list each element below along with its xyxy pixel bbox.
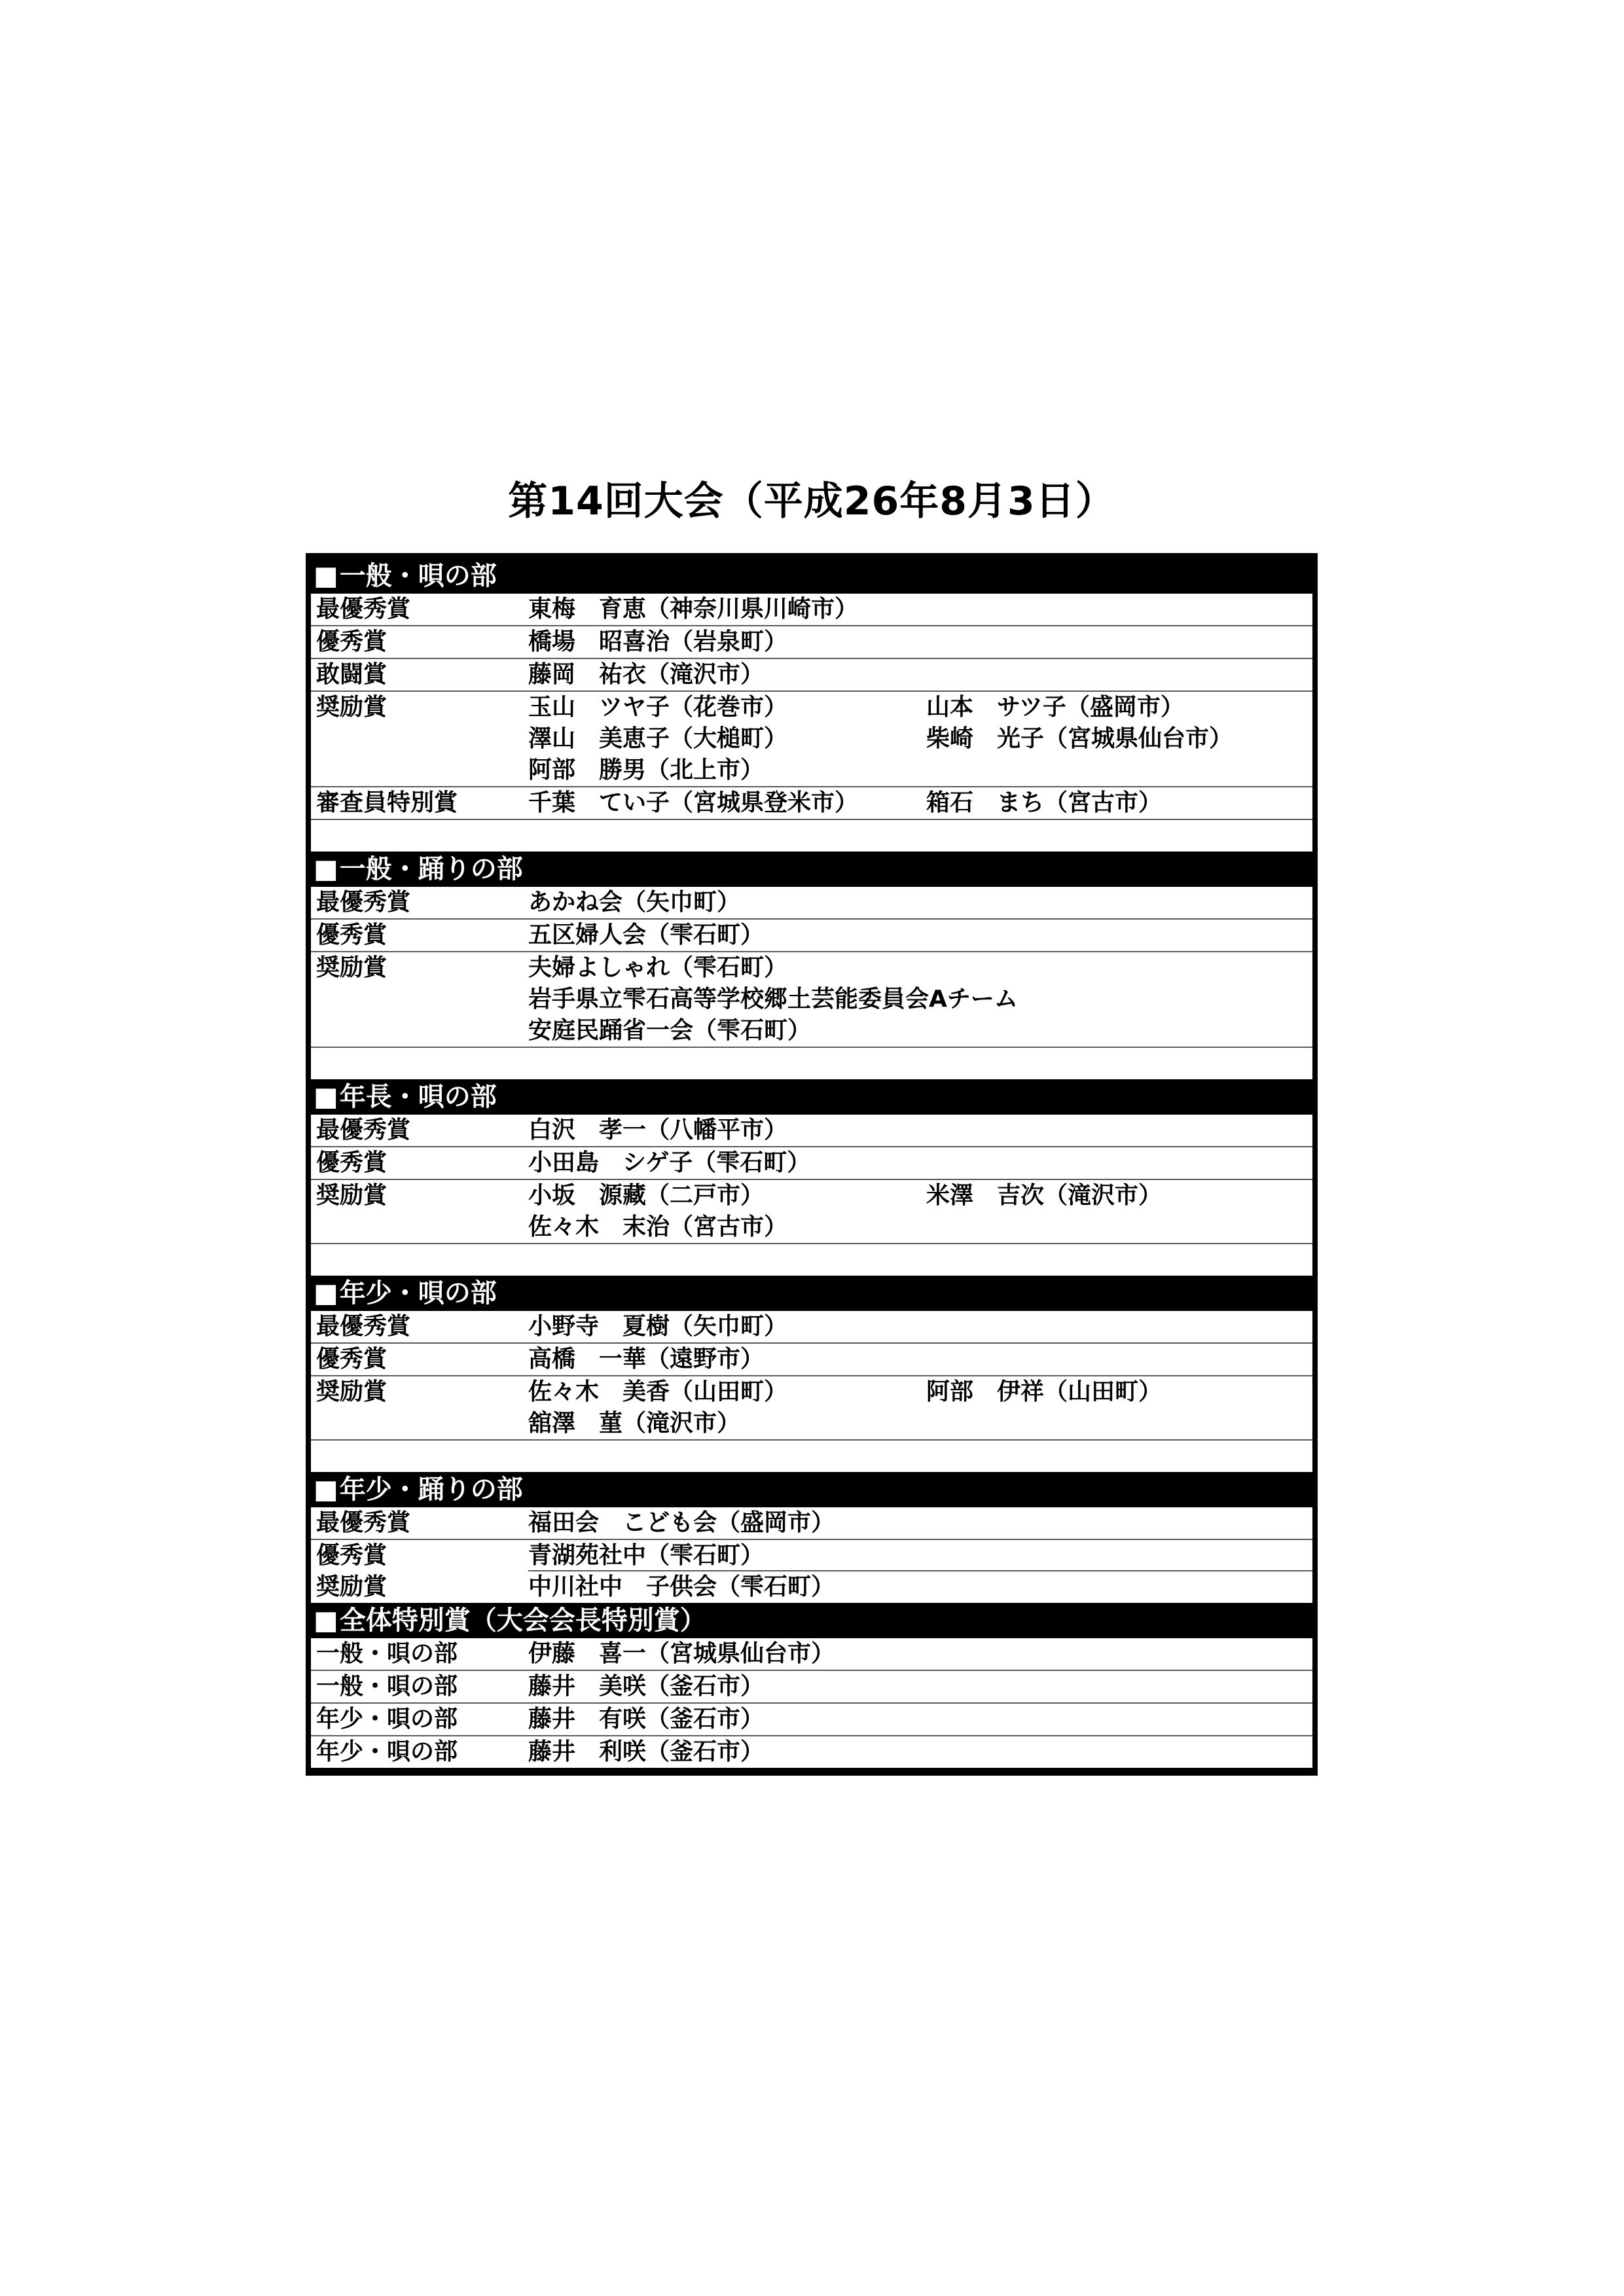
spacer-row [311, 1439, 1312, 1472]
award-label: 優秀賞 [316, 920, 387, 951]
award-row: 最優秀賞あかね会（矢巾町） [311, 887, 1312, 918]
entry-name: 米澤 吉次（滝沢市） [926, 1180, 1162, 1211]
section-marker-icon: ■ [314, 854, 338, 884]
award-row: 年少・唄の部藤井 有咲（釜石市） [311, 1702, 1312, 1735]
spacer-row [311, 819, 1312, 852]
award-row: 奨励賞中川社中 子供会（雫石町） [311, 1571, 1312, 1603]
award-row-line: 阿部 勝男（北上市） [311, 755, 1312, 786]
award-row: 最優秀賞東梅 育恵（神奈川県川崎市） [311, 594, 1312, 625]
award-label: 年少・唄の部 [316, 1736, 458, 1768]
award-row-line: 敢闘賞藤岡 祐衣（滝沢市） [311, 659, 1312, 691]
section: ■年長・唄の部最優秀賞白沢 孝一（八幡平市）優秀賞小田島 シゲ子（雫石町）奨励賞… [311, 1079, 1312, 1276]
award-row: 敢闘賞藤岡 祐衣（滝沢市） [311, 658, 1312, 691]
award-row-line: 岩手県立雫石高等学校郷土芸能委員会Aチーム [311, 984, 1312, 1015]
award-row-line: 最優秀賞東梅 育恵（神奈川県川崎市） [311, 594, 1312, 625]
award-row: 優秀賞高橋 一華（遠野市） [311, 1342, 1312, 1375]
award-row-line: 審査員特別賞千葉 てい子（宮城県登米市）箱石 まち（宮古市） [311, 787, 1312, 819]
entry-name: 舘澤 菫（滝沢市） [528, 1408, 740, 1439]
entry-name: 澤山 美恵子（大槌町） [528, 723, 787, 755]
section-header: ■年少・踊りの部 [311, 1472, 1312, 1507]
award-label: 奨励賞 [316, 1376, 387, 1408]
entry-name: 高橋 一華（遠野市） [528, 1344, 764, 1375]
section-header: ■年長・唄の部 [311, 1079, 1312, 1115]
section-title: 一般・踊りの部 [340, 854, 523, 884]
award-label: 一般・唄の部 [316, 1671, 458, 1702]
page-title: 第14回大会（平成26年8月3日） [306, 470, 1318, 526]
award-row: 一般・唄の部藤井 美咲（釜石市） [311, 1670, 1312, 1702]
section-header: ■全体特別賞（大会会長特別賞） [311, 1603, 1312, 1638]
award-row-line: 奨励賞玉山 ツヤ子（花巻市）山本 サツ子（盛岡市） [311, 692, 1312, 723]
award-label: 優秀賞 [316, 1344, 387, 1375]
section-marker-icon: ■ [314, 1082, 338, 1112]
section-header: ■年少・唄の部 [311, 1276, 1312, 1311]
entry-name: 小田島 シゲ子（雫石町） [528, 1147, 810, 1179]
award-row: 年少・唄の部藤井 利咲（釜石市） [311, 1735, 1312, 1768]
award-label: 最優秀賞 [316, 1115, 410, 1146]
entry-name: 橋場 昭喜治（岩泉町） [528, 626, 787, 658]
section-header: ■一般・踊りの部 [311, 852, 1312, 887]
entry-name: 千葉 てい子（宮城県登米市） [528, 787, 858, 819]
entry-name: 伊藤 喜一（宮城県仙台市） [528, 1638, 835, 1670]
entry-name: あかね会（矢巾町） [528, 887, 740, 918]
section: ■一般・踊りの部最優秀賞あかね会（矢巾町）優秀賞五区婦人会（雫石町）奨励賞夫婦よ… [311, 852, 1312, 1079]
entry-name: 藤井 利咲（釜石市） [528, 1736, 764, 1768]
entry-name: 岩手県立雫石高等学校郷土芸能委員会Aチーム [528, 984, 1018, 1015]
award-label: 優秀賞 [316, 1540, 387, 1571]
award-row: 一般・唄の部伊藤 喜一（宮城県仙台市） [311, 1638, 1312, 1670]
entry-name: 箱石 まち（宮古市） [926, 787, 1162, 819]
entry-name: 佐々木 美香（山田町） [528, 1376, 787, 1408]
award-row-line: 佐々木 末治（宮古市） [311, 1211, 1312, 1243]
entry-name: 藤井 有咲（釜石市） [528, 1704, 764, 1735]
award-label: 奨励賞 [316, 692, 387, 723]
award-row-line: 奨励賞佐々木 美香（山田町）阿部 伊祥（山田町） [311, 1376, 1312, 1408]
award-label: 最優秀賞 [316, 594, 410, 625]
award-row-line: 安庭民踊省一会（雫石町） [311, 1015, 1312, 1047]
award-row-line: 一般・唄の部伊藤 喜一（宮城県仙台市） [311, 1638, 1312, 1670]
award-row-line: 舘澤 菫（滝沢市） [311, 1408, 1312, 1439]
entry-name: 白沢 孝一（八幡平市） [528, 1115, 787, 1146]
award-label: 奨励賞 [316, 1180, 387, 1211]
entry-name: 玉山 ツヤ子（花巻市） [528, 692, 787, 723]
award-row-line: 奨励賞夫婦よしゃれ（雫石町） [311, 952, 1312, 984]
award-row: 優秀賞青湖苑社中（雫石町） [311, 1539, 1312, 1571]
award-label: 一般・唄の部 [316, 1638, 458, 1670]
entry-name: 安庭民踊省一会（雫石町） [528, 1015, 811, 1047]
entry-name: 小坂 源藏（二戸市） [528, 1180, 764, 1211]
section: ■年少・踊りの部最優秀賞福田会 こども会（盛岡市）優秀賞青湖苑社中（雫石町）奨励… [311, 1472, 1312, 1603]
spacer-row [311, 1047, 1312, 1079]
award-row: 奨励賞佐々木 美香（山田町）阿部 伊祥（山田町）舘澤 菫（滝沢市） [311, 1375, 1312, 1439]
section-header: ■一般・唄の部 [311, 558, 1312, 594]
award-row: 最優秀賞福田会 こども会（盛岡市） [311, 1507, 1312, 1539]
award-label: 最優秀賞 [316, 887, 410, 918]
entry-name: 青湖苑社中（雫石町） [528, 1540, 764, 1571]
award-row: 奨励賞夫婦よしゃれ（雫石町）岩手県立雫石高等学校郷土芸能委員会Aチーム安庭民踊省… [311, 951, 1312, 1047]
award-label: 最優秀賞 [316, 1507, 410, 1539]
section-title: 年長・唄の部 [340, 1082, 497, 1112]
entry-name: 佐々木 末治（宮古市） [528, 1211, 787, 1243]
section: ■一般・唄の部最優秀賞東梅 育恵（神奈川県川崎市）優秀賞橋場 昭喜治（岩泉町）敢… [311, 558, 1312, 852]
award-row-line: 最優秀賞福田会 こども会（盛岡市） [311, 1507, 1312, 1539]
award-row: 優秀賞橋場 昭喜治（岩泉町） [311, 625, 1312, 658]
award-row-line: 優秀賞青湖苑社中（雫石町） [311, 1540, 1312, 1571]
section-title: 年少・踊りの部 [340, 1475, 523, 1505]
award-row-line: 優秀賞高橋 一華（遠野市） [311, 1344, 1312, 1375]
award-row-line: 澤山 美恵子（大槌町）柴崎 光子（宮城県仙台市） [311, 723, 1312, 755]
award-row-line: 最優秀賞あかね会（矢巾町） [311, 887, 1312, 918]
award-label: 敢闘賞 [316, 659, 387, 691]
results-table: ■一般・唄の部最優秀賞東梅 育恵（神奈川県川崎市）優秀賞橋場 昭喜治（岩泉町）敢… [306, 553, 1318, 1776]
section-marker-icon: ■ [314, 1605, 338, 1636]
entry-name: 五区婦人会（雫石町） [528, 920, 764, 951]
entry-name: 阿部 伊祥（山田町） [926, 1376, 1162, 1408]
award-row: 奨励賞小坂 源藏（二戸市）米澤 吉次（滝沢市）佐々木 末治（宮古市） [311, 1179, 1312, 1243]
spacer-row [311, 1243, 1312, 1276]
award-row-line: 一般・唄の部藤井 美咲（釜石市） [311, 1671, 1312, 1702]
entry-name: 東梅 育恵（神奈川県川崎市） [528, 594, 858, 625]
award-row-line: 年少・唄の部藤井 利咲（釜石市） [311, 1736, 1312, 1768]
section-marker-icon: ■ [314, 1475, 338, 1505]
award-row: 審査員特別賞千葉 てい子（宮城県登米市）箱石 まち（宮古市） [311, 786, 1312, 819]
award-row-line: 最優秀賞小野寺 夏樹（矢巾町） [311, 1311, 1312, 1342]
entry-name: 山本 サツ子（盛岡市） [926, 692, 1184, 723]
award-row-line: 最優秀賞白沢 孝一（八幡平市） [311, 1115, 1312, 1146]
award-row-line: 年少・唄の部藤井 有咲（釜石市） [311, 1704, 1312, 1735]
entry-name: 小野寺 夏樹（矢巾町） [528, 1311, 787, 1342]
entry-name: 藤岡 祐衣（滝沢市） [528, 659, 764, 691]
award-row: 優秀賞五区婦人会（雫石町） [311, 918, 1312, 951]
section-title: 全体特別賞（大会会長特別賞） [340, 1605, 706, 1636]
award-row-line: 奨励賞小坂 源藏（二戸市）米澤 吉次（滝沢市） [311, 1180, 1312, 1211]
section-marker-icon: ■ [314, 1278, 338, 1308]
section-marker-icon: ■ [314, 561, 338, 591]
section-title: 一般・唄の部 [340, 561, 497, 591]
award-row-line: 優秀賞五区婦人会（雫石町） [311, 920, 1312, 951]
award-label: 優秀賞 [316, 1147, 387, 1179]
award-label: 奨励賞 [316, 952, 387, 984]
award-row: 最優秀賞小野寺 夏樹（矢巾町） [311, 1311, 1312, 1342]
entry-name: 夫婦よしゃれ（雫石町） [528, 952, 787, 984]
award-row-line: 優秀賞橋場 昭喜治（岩泉町） [311, 626, 1312, 658]
entry-name: 中川社中 子供会（雫石町） [528, 1571, 835, 1603]
award-row: 奨励賞玉山 ツヤ子（花巻市）山本 サツ子（盛岡市）澤山 美恵子（大槌町）柴崎 光… [311, 691, 1312, 786]
entry-name: 阿部 勝男（北上市） [528, 755, 764, 786]
section-title: 年少・唄の部 [340, 1278, 497, 1308]
award-label: 優秀賞 [316, 626, 387, 658]
section: ■全体特別賞（大会会長特別賞）一般・唄の部伊藤 喜一（宮城県仙台市）一般・唄の部… [311, 1603, 1312, 1768]
award-row-line: 優秀賞小田島 シゲ子（雫石町） [311, 1147, 1312, 1179]
award-label: 奨励賞 [316, 1571, 387, 1603]
award-label: 最優秀賞 [316, 1311, 410, 1342]
award-label: 年少・唄の部 [316, 1704, 458, 1735]
award-row-line: 奨励賞中川社中 子供会（雫石町） [311, 1571, 1312, 1603]
entry-name: 福田会 こども会（盛岡市） [528, 1507, 835, 1539]
section: ■年少・唄の部最優秀賞小野寺 夏樹（矢巾町）優秀賞高橋 一華（遠野市）奨励賞佐々… [311, 1276, 1312, 1472]
award-row: 最優秀賞白沢 孝一（八幡平市） [311, 1115, 1312, 1146]
entry-name: 藤井 美咲（釜石市） [528, 1671, 764, 1702]
award-label: 審査員特別賞 [316, 787, 458, 819]
entry-name: 柴崎 光子（宮城県仙台市） [926, 723, 1233, 755]
award-row: 優秀賞小田島 シゲ子（雫石町） [311, 1146, 1312, 1179]
